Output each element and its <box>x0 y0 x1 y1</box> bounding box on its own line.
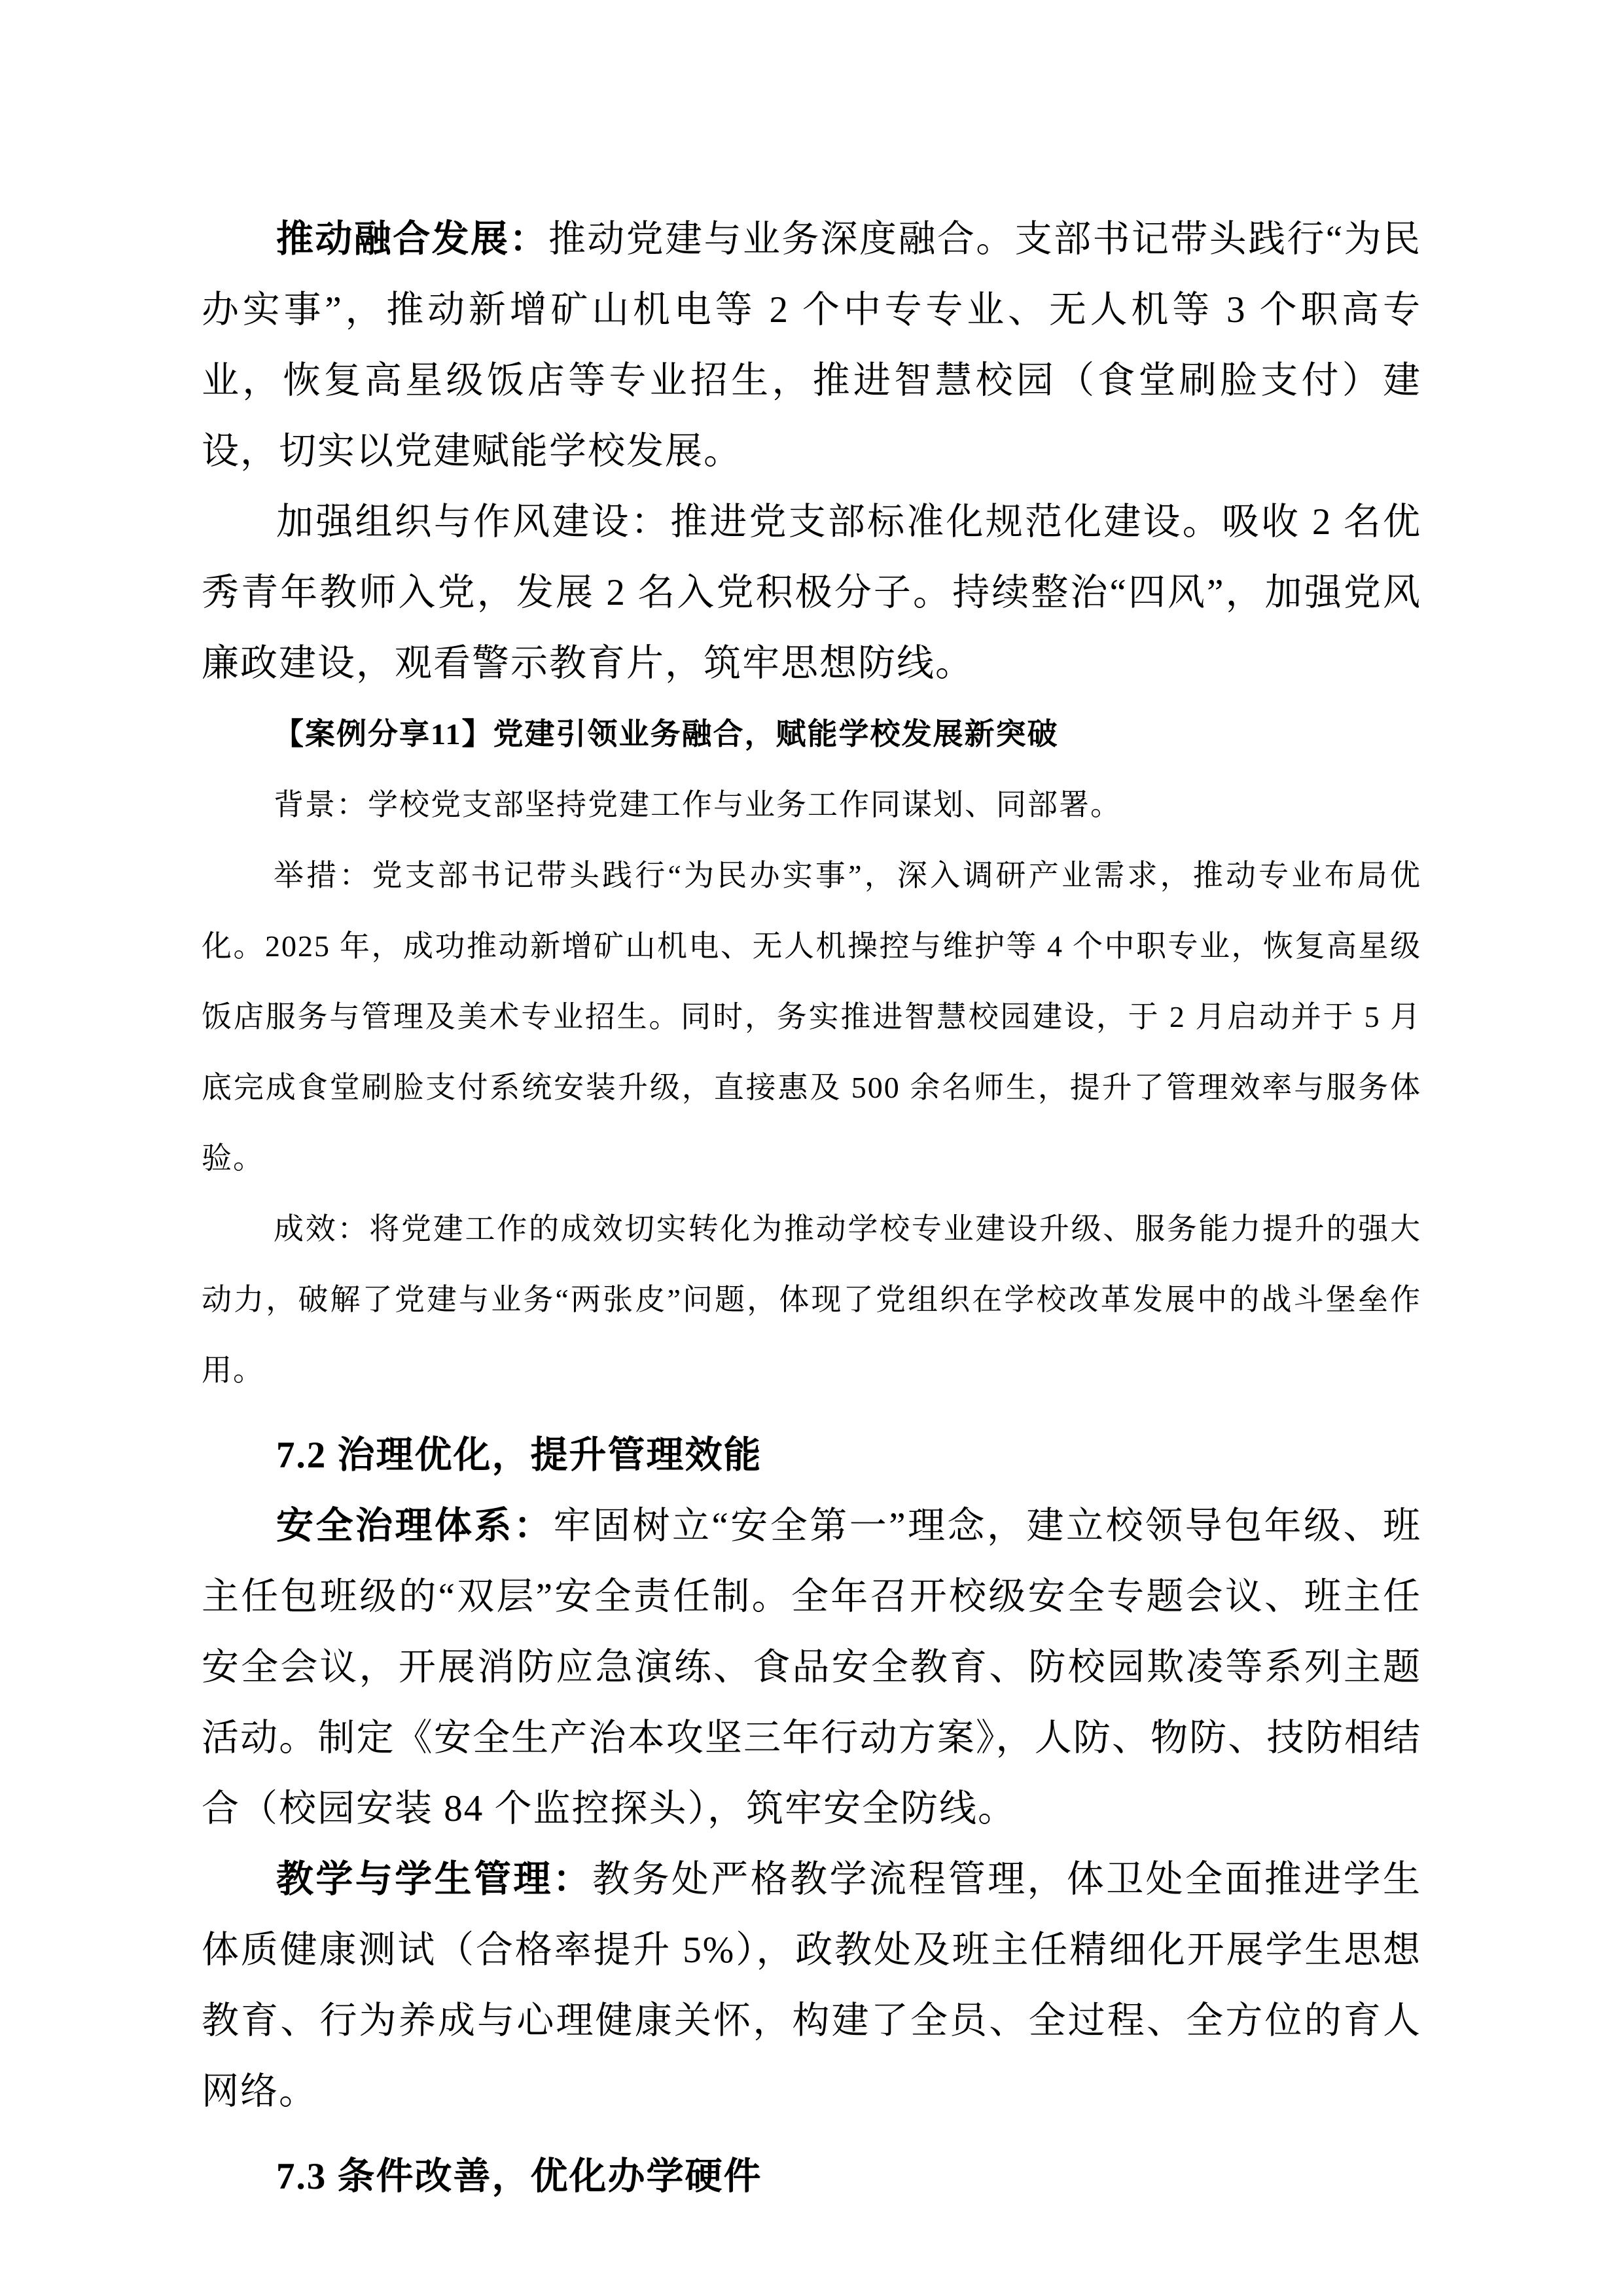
paragraph-text: 将党建工作的成效切实转化为推动学校专业建设升级、服务能力提升的强大动力，破解了党… <box>202 1212 1421 1387</box>
case-share-title: 【案例分享11】党建引领业务融合，赋能学校发展新突破 <box>202 699 1421 770</box>
section-heading-7-3: 7.3 条件改善，优化办学硬件 <box>202 2142 1421 2212</box>
paragraph-text: 牢固树立“安全第一”理念，建立校领导包年级、班主任包班级的“双层”安全责任制。全… <box>202 1505 1421 1829</box>
case-share-paragraph: 举措：党支部书记带头践行“为民办实事”，深入调研产业需求，推动专业布局优化。20… <box>202 840 1421 1194</box>
heading-text: 7.3 条件改善，优化办学硬件 <box>276 2156 762 2197</box>
paragraph-lead: 成效： <box>274 1212 369 1246</box>
heading-text: 7.2 治理优化，提升管理效能 <box>276 1435 762 1476</box>
case-share-paragraph: 背景：学校党支部坚持党建工作与业务工作同谋划、同部署。 <box>202 770 1421 840</box>
paragraph-text: 党支部书记带头践行“为民办实事”，深入调研产业需求，推动专业布局优化。2025 … <box>202 859 1421 1175</box>
section-heading-7-2: 7.2 治理优化，提升管理效能 <box>202 1420 1421 1491</box>
paragraph-text: 学校党支部坚持党建工作与业务工作同谋划、同部署。 <box>368 788 1122 821</box>
paragraph-lead: 背景： <box>274 788 368 821</box>
body-paragraph: 推动融合发展：推动党建与业务深度融合。支部书记带头践行“为民办实事”，推动新增矿… <box>202 204 1421 487</box>
paragraph-lead: 举措： <box>274 859 372 892</box>
case-share-paragraph: 成效：将党建工作的成效切实转化为推动学校专业建设升级、服务能力提升的强大动力，破… <box>202 1194 1421 1406</box>
paragraph-lead: 加强组织与作风建设： <box>276 501 670 543</box>
paragraph-lead: 推动融合发展： <box>276 219 548 260</box>
body-paragraph: 加强组织与作风建设：推进党支部标准化规范化建设。吸收 2 名优秀青年教师入党，发… <box>202 487 1421 699</box>
page-content: 推动融合发展：推动党建与业务深度融合。支部书记带头践行“为民办实事”，推动新增矿… <box>202 204 1421 2212</box>
paragraph-lead: 教学与学生管理： <box>276 1859 592 1900</box>
case-title-text: 【案例分享11】党建引领业务融合，赋能学校发展新突破 <box>274 717 1058 751</box>
body-paragraph: 教学与学生管理：教务处严格教学流程管理，体卫处全面推进学生体质健康测试（合格率提… <box>202 1844 1421 2127</box>
document-page: 推动融合发展：推动党建与业务深度融合。支部书记带头践行“为民办实事”，推动新增矿… <box>0 0 1623 2296</box>
paragraph-lead: 安全治理体系： <box>276 1505 553 1547</box>
body-paragraph: 安全治理体系：牢固树立“安全第一”理念，建立校领导包年级、班主任包班级的“双层”… <box>202 1491 1421 1844</box>
